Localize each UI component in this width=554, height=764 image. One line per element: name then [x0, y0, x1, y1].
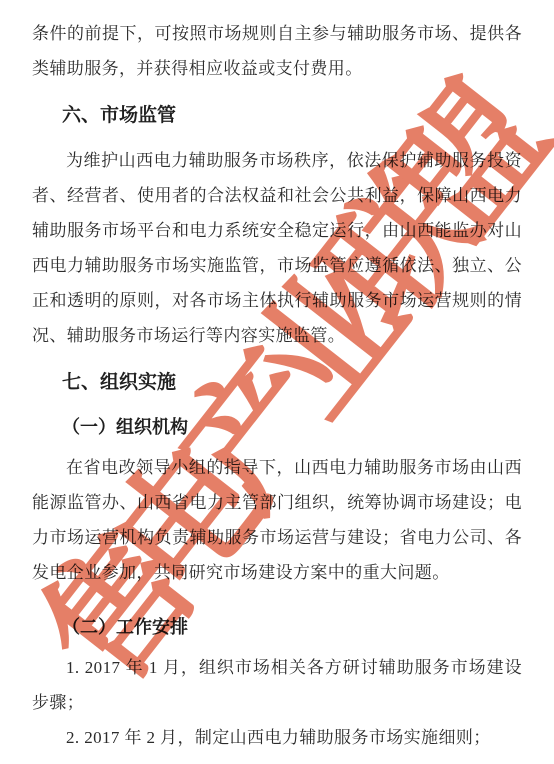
paragraph-market-supervision: 为维护山西电力辅助服务市场秩序，依法保护辅助服务投资者、经营者、使用者的合法权益…: [32, 143, 522, 353]
subheading-organization-structure: （一）组织机构: [32, 410, 522, 445]
subheading-work-plan: （二）工作安排: [32, 610, 522, 645]
heading-market-supervision: 六、市场监管: [32, 98, 522, 133]
work-plan-item-1: 1. 2017 年 1 月，组织市场相关各方研讨辅助服务市场建设步骤；: [32, 650, 522, 720]
work-plan-item-2: 2. 2017 年 2 月，制定山西电力辅助服务市场实施细则；: [32, 720, 522, 755]
heading-organization-implementation: 七、组织实施: [32, 365, 522, 400]
document-page: 条件的前提下，可按照市场规则自主参与辅助服务市场、提供各类辅助服务，并获得相应收…: [0, 0, 554, 764]
intro-paragraph: 条件的前提下，可按照市场规则自主参与辅助服务市场、提供各类辅助服务，并获得相应收…: [32, 16, 522, 86]
paragraph-organization-structure: 在省电改领导小组的指导下，山西电力辅助服务市场由山西能源监管办、山西省电力主管部…: [32, 450, 522, 590]
